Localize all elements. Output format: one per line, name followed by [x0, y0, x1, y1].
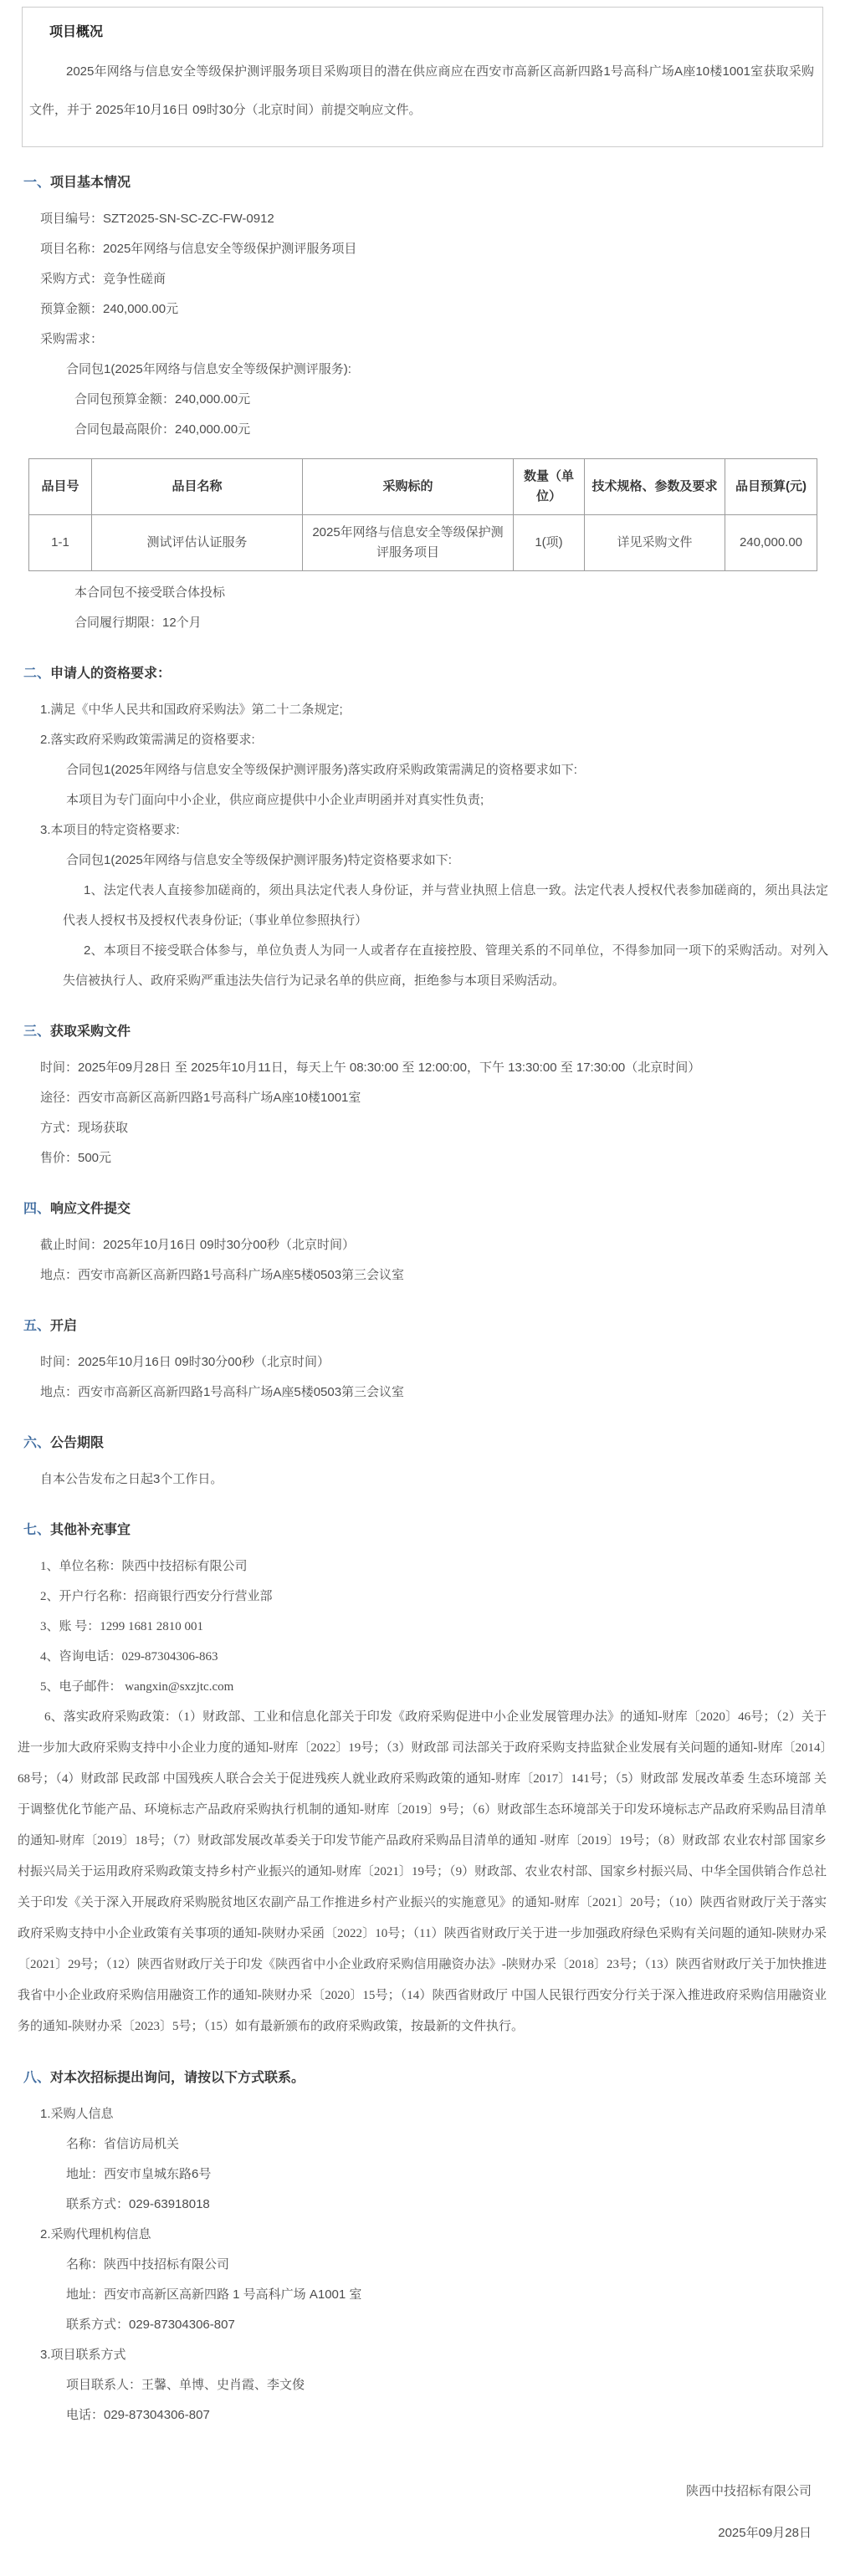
section-basic-info: 一、项目基本情况 项目编号：SZT2025-SN-SC-ZC-FW-0912项目… [0, 172, 845, 638]
section-title: 响应文件提交 [50, 1202, 131, 1216]
cell-budget: 240,000.00 [725, 515, 817, 571]
section-response-submission: 四、响应文件提交 截止时间：2025年10月16日 09时30分00秒（北京时间… [0, 1199, 845, 1291]
section-body: 时间：2025年09月28日 至 2025年10月11日，每天上午 08:30:… [0, 1053, 845, 1173]
paragraph-line: 电话：029-87304306-807 [0, 2400, 845, 2430]
paragraph-line: 1、法定代表人直接参加磋商的，须出具法定代表人身份证，并与营业执照上信息一致。法… [63, 876, 828, 936]
procurement-announcement-page: 项目概况 2025年网络与信息安全等级保护测评服务项目采购项目的潜在供应商应在西… [0, 0, 845, 2576]
paragraph-line: 1.满足《中华人民共和国政府采购法》第二十二条规定; [0, 695, 845, 725]
section-body: 时间：2025年10月16日 09时30分00秒（北京时间）地点：西安市高新区高… [0, 1347, 845, 1408]
paragraph-line: 方式：现场获取 [0, 1113, 845, 1143]
section-number: 五、 [23, 1319, 50, 1333]
section-number: 三、 [23, 1025, 50, 1039]
section-body: 1.满足《中华人民共和国政府采购法》第二十二条规定;2.落实政府采购政策需满足的… [0, 695, 845, 996]
section-body: 1、单位名称：陕西中技招标有限公司2、开户行名称：招商银行西安分行营业部3、账 … [0, 1551, 845, 2042]
paragraph-line: 本合同包不接受联合体投标 [0, 578, 845, 608]
paragraph-line: 项目联系人：王馨、单博、史肖霞、李文俊 [0, 2370, 845, 2400]
paragraph-line: 2.落实政府采购政策需满足的资格要求: [0, 725, 845, 755]
paragraph-line: 预算金额：240,000.00元 [0, 294, 845, 325]
paragraph-line: 2.采购代理机构信息 [0, 2220, 845, 2250]
section-title: 申请人的资格要求： [50, 667, 171, 681]
col-header-quantity: 数量（单位） [514, 459, 585, 515]
paragraph-line: 联系方式：029-87304306-807 [0, 2310, 845, 2340]
section-number: 八、 [23, 2071, 50, 2085]
section-get-documents: 三、获取采购文件 时间：2025年09月28日 至 2025年10月11日，每天… [0, 1021, 845, 1173]
paragraph-line: 2、开户行名称：招商银行西安分行营业部 [0, 1582, 845, 1612]
col-header-item-no: 品目号 [29, 459, 92, 515]
paragraph-line: 3、账 号：1299 1681 2810 001 [0, 1612, 845, 1642]
signature-company: 陕西中技招标有限公司 [0, 2471, 812, 2512]
section-opening: 五、开启 时间：2025年10月16日 09时30分00秒（北京时间）地点：西安… [0, 1316, 845, 1408]
paragraph-line: 采购方式：竞争性磋商 [0, 264, 845, 294]
paragraph-line: 采购需求： [0, 325, 845, 355]
paragraph-line: 时间：2025年10月16日 09时30分00秒（北京时间） [0, 1347, 845, 1377]
paragraph-line: 售价：500元 [0, 1143, 845, 1173]
section-body: 截止时间：2025年10月16日 09时30分00秒（北京时间）地点：西安市高新… [0, 1230, 845, 1291]
paragraph-line: 合同包1(2025年网络与信息安全等级保护测评服务)落实政府采购政策需满足的资格… [0, 755, 845, 785]
section-heading-8: 八、对本次招标提出询问，请按以下方式联系。 [23, 2067, 845, 2089]
section-number: 七、 [23, 1523, 50, 1537]
paragraph-line: 名称：省信访局机关 [0, 2129, 845, 2159]
paragraph-line: 项目编号：SZT2025-SN-SC-ZC-FW-0912 [0, 204, 845, 234]
section-title: 项目基本情况 [50, 176, 131, 190]
section-heading-2: 二、申请人的资格要求： [23, 663, 845, 685]
paragraph-line: 4、咨询电话：029-87304306-863 [0, 1642, 845, 1672]
signature-date: 2025年09月28日 [0, 2512, 812, 2554]
table-row: 1-1 测试评估认证服务 2025年网络与信息安全等级保护测评服务项目 1(项)… [29, 515, 817, 571]
paragraph-line: 名称：陕西中技招标有限公司 [0, 2250, 845, 2280]
paragraph-line: 6、落实政府采购政策：（1）财政部、工业和信息化部关于印发《政府采购促进中小企业… [18, 1702, 827, 2042]
paragraph-line: 截止时间：2025年10月16日 09时30分00秒（北京时间） [0, 1230, 845, 1260]
section-number: 四、 [23, 1202, 50, 1216]
section-body: 1.采购人信息名称：省信访局机关地址：西安市皇城东路6号联系方式：029-639… [0, 2099, 845, 2430]
section-supplementary: 七、其他补充事宜 1、单位名称：陕西中技招标有限公司2、开户行名称：招商银行西安… [0, 1520, 845, 2042]
section-number: 一、 [23, 176, 50, 190]
paragraph-line: 时间：2025年09月28日 至 2025年10月11日，每天上午 08:30:… [0, 1053, 845, 1083]
section-title: 公告期限 [50, 1436, 104, 1450]
paragraph-line: 3.本项目的特定资格要求: [0, 815, 845, 846]
col-header-budget: 品目预算(元) [725, 459, 817, 515]
section-heading-3: 三、获取采购文件 [23, 1021, 845, 1043]
paragraph-line: 2、本项目不接受联合体参与，单位负责人为同一人或者存在直接控股、管理关系的不同单… [63, 936, 828, 996]
section-number: 六、 [23, 1436, 50, 1450]
overview-title: 项目概况 [49, 21, 814, 44]
section-contacts: 八、对本次招标提出询问，请按以下方式联系。 1.采购人信息名称：省信访局机关地址… [0, 2067, 845, 2430]
paragraph-line: 途径：西安市高新区高新四路1号高科广场A座10楼1001室 [0, 1083, 845, 1113]
paragraph-line: 5、电子邮件： wangxin@sxzjtc.com [0, 1672, 845, 1702]
section-heading-6: 六、公告期限 [23, 1433, 845, 1454]
project-overview-box: 项目概况 2025年网络与信息安全等级保护测评服务项目采购项目的潜在供应商应在西… [22, 7, 823, 147]
cell-item-name: 测试评估认证服务 [92, 515, 303, 571]
paragraph-line: 合同包1(2025年网络与信息安全等级保护测评服务)特定资格要求如下: [0, 846, 845, 876]
col-header-subject: 采购标的 [303, 459, 514, 515]
paragraph-line: 地点：西安市高新区高新四路1号高科广场A座5楼0503第三会议室 [0, 1260, 845, 1291]
cell-subject: 2025年网络与信息安全等级保护测评服务项目 [303, 515, 514, 571]
section-body: 自本公告发布之日起3个工作日。 [0, 1464, 845, 1495]
signature-block: 陕西中技招标有限公司 2025年09月28日 [0, 2471, 812, 2554]
section-title: 对本次招标提出询问，请按以下方式联系。 [50, 2071, 305, 2085]
paragraph-line: 项目名称：2025年网络与信息安全等级保护测评服务项目 [0, 234, 845, 264]
paragraph-line: 合同包预算金额：240,000.00元 [0, 385, 845, 415]
cell-item-no: 1-1 [29, 515, 92, 571]
col-header-specs: 技术规格、参数及要求 [585, 459, 725, 515]
cell-quantity: 1(项) [514, 515, 585, 571]
section-heading-5: 五、开启 [23, 1316, 845, 1337]
cell-specs: 详见采购文件 [585, 515, 725, 571]
paragraph-line: 联系方式：029-63918018 [0, 2190, 845, 2220]
section-title: 获取采购文件 [50, 1025, 131, 1039]
section-title: 开启 [50, 1319, 77, 1333]
paragraph-line: 合同履行期限：12个月 [0, 608, 845, 638]
paragraph-line: 地址：西安市皇城东路6号 [0, 2159, 845, 2190]
section-heading-7: 七、其他补充事宜 [23, 1520, 845, 1541]
procurement-items-table: 品目号 品目名称 采购标的 数量（单位） 技术规格、参数及要求 品目预算(元) … [28, 458, 817, 571]
section-heading-4: 四、响应文件提交 [23, 1199, 845, 1220]
paragraph-line: 地址：西安市高新区高新四路 1 号高科广场 A1001 室 [0, 2280, 845, 2310]
paragraph-line: 合同包1(2025年网络与信息安全等级保护测评服务): [0, 355, 845, 385]
paragraph-line: 本项目为专门面向中小企业，供应商应提供中小企业声明函并对真实性负责; [0, 785, 845, 815]
section-body: 本合同包不接受联合体投标合同履行期限：12个月 [0, 578, 845, 638]
section-qualification: 二、申请人的资格要求： 1.满足《中华人民共和国政府采购法》第二十二条规定;2.… [0, 663, 845, 996]
overview-paragraph: 2025年网络与信息安全等级保护测评服务项目采购项目的潜在供应商应在西安市高新区… [29, 53, 814, 130]
section-number: 二、 [23, 667, 50, 681]
section-title: 其他补充事宜 [50, 1523, 131, 1537]
paragraph-line: 地点：西安市高新区高新四路1号高科广场A座5楼0503第三会议室 [0, 1377, 845, 1408]
table-header-row: 品目号 品目名称 采购标的 数量（单位） 技术规格、参数及要求 品目预算(元) [29, 459, 817, 515]
section-body: 项目编号：SZT2025-SN-SC-ZC-FW-0912项目名称：2025年网… [0, 204, 845, 445]
paragraph-line: 自本公告发布之日起3个工作日。 [0, 1464, 845, 1495]
paragraph-line: 合同包最高限价：240,000.00元 [0, 415, 845, 445]
paragraph-line: 3.项目联系方式 [0, 2340, 845, 2370]
paragraph-line: 1、单位名称：陕西中技招标有限公司 [0, 1551, 845, 1582]
section-announcement-period: 六、公告期限 自本公告发布之日起3个工作日。 [0, 1433, 845, 1495]
paragraph-line: 1.采购人信息 [0, 2099, 845, 2129]
col-header-item-name: 品目名称 [92, 459, 303, 515]
section-heading-1: 一、项目基本情况 [23, 172, 845, 194]
